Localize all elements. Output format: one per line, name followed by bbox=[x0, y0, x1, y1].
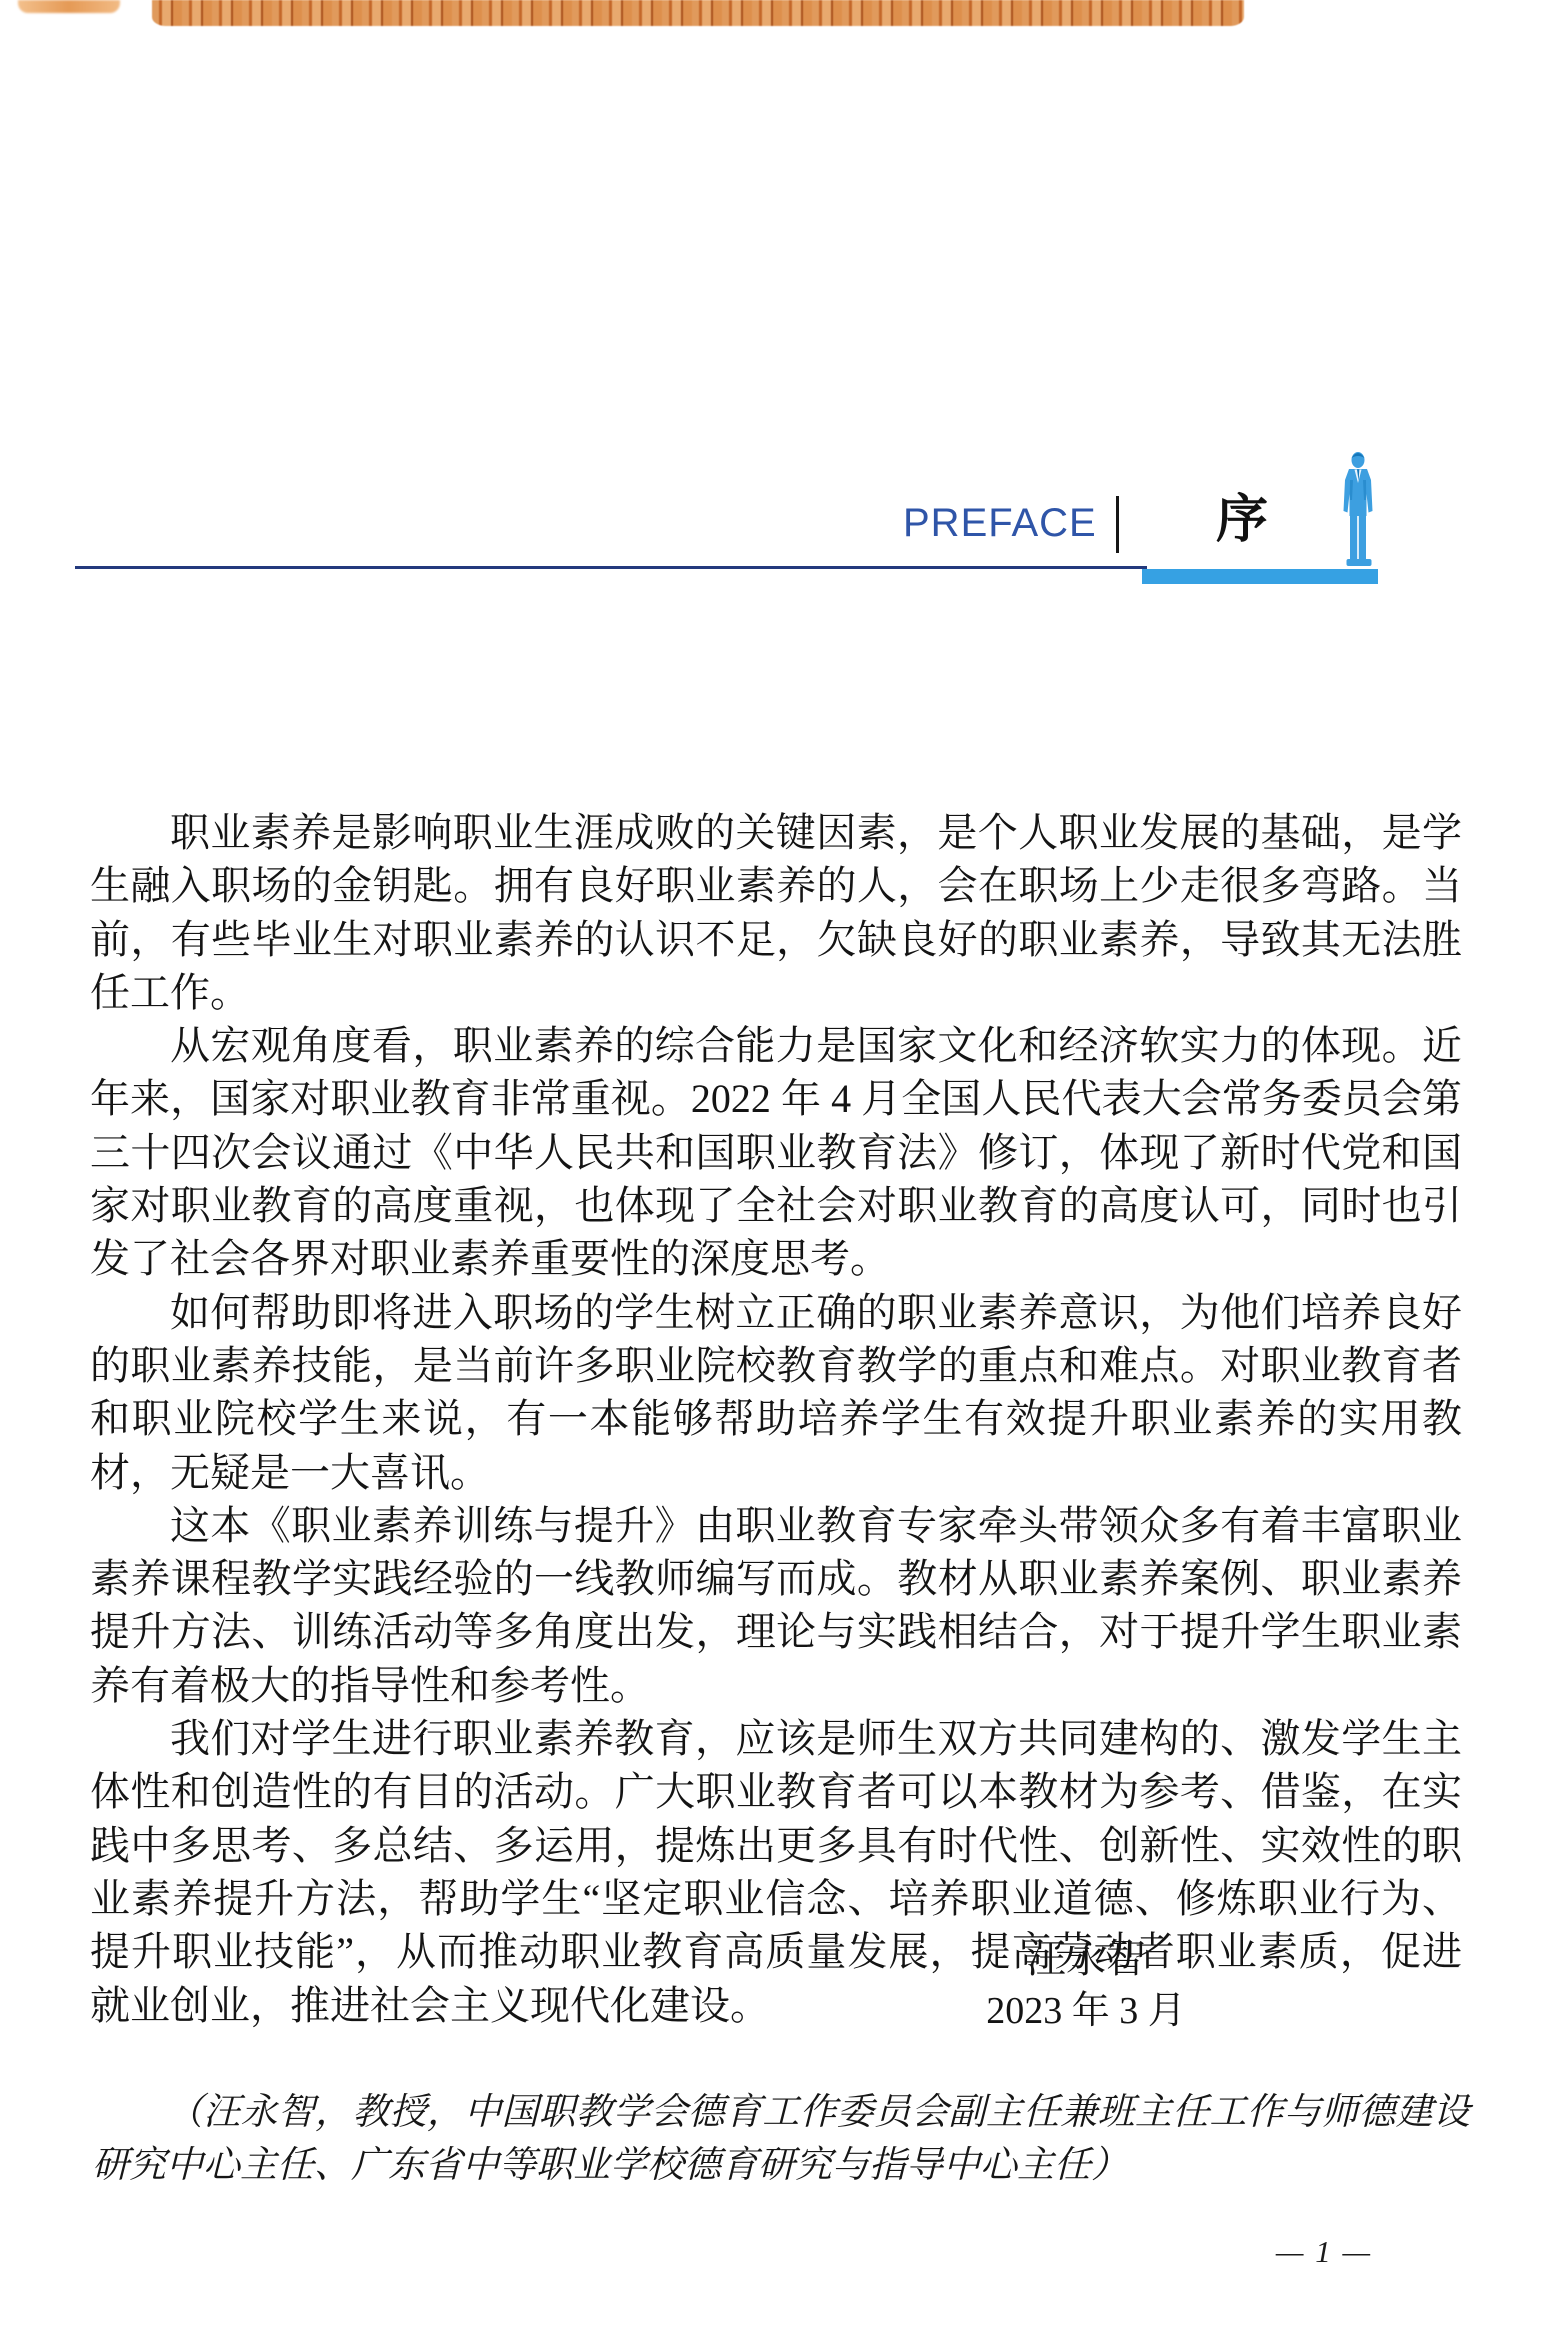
preface-page: PREFACE 序 职业素养是影响职业生涯成败的关键因素，是个人职业发展的基础，… bbox=[0, 0, 1548, 2346]
signature-block: 汪永智 2023 年 3 月 bbox=[928, 1932, 1244, 2038]
scan-edge-strip bbox=[152, 0, 1244, 26]
paragraph-3: 如何帮助即将进入职场的学生树立正确的职业素养意识，为他们培养良好的职业素养技能，… bbox=[90, 1286, 1462, 1499]
scan-edge-blob bbox=[18, 0, 120, 13]
preface-title-cn: 序 bbox=[1216, 494, 1268, 546]
header-divider bbox=[1116, 496, 1119, 553]
page-number: — 1 — bbox=[1242, 2234, 1406, 2270]
header-accent-bar bbox=[1142, 569, 1378, 584]
paragraph-5: 我们对学生进行职业素养教育，应该是师生双方共同建构的、激发学生主体性和创造性的有… bbox=[90, 1712, 1462, 2032]
author-note: （汪永智，教授，中国职教学会德育工作委员会副主任兼班主任工作与师德建设研究中心主… bbox=[92, 2086, 1470, 2192]
header-rule bbox=[75, 566, 1147, 569]
businessman-icon bbox=[1337, 450, 1379, 571]
signature-date: 2023 年 3 月 bbox=[928, 1985, 1244, 2038]
paragraph-4: 这本《职业素养训练与提升》由职业教育专家牵头带领众多有着丰富职业素养课程教学实践… bbox=[90, 1499, 1462, 1712]
preface-title-en: PREFACE bbox=[903, 503, 1097, 543]
paragraph-1: 职业素养是影响职业生涯成败的关键因素，是个人职业发展的基础，是学生融入职场的金钥… bbox=[90, 806, 1462, 1019]
signature-name: 汪永智 bbox=[928, 1932, 1244, 1985]
paragraph-2: 从宏观角度看，职业素养的综合能力是国家文化和经济软实力的体现。近年来，国家对职业… bbox=[90, 1019, 1462, 1285]
preface-body: 职业素养是影响职业生涯成败的关键因素，是个人职业发展的基础，是学生融入职场的金钥… bbox=[90, 806, 1462, 2032]
